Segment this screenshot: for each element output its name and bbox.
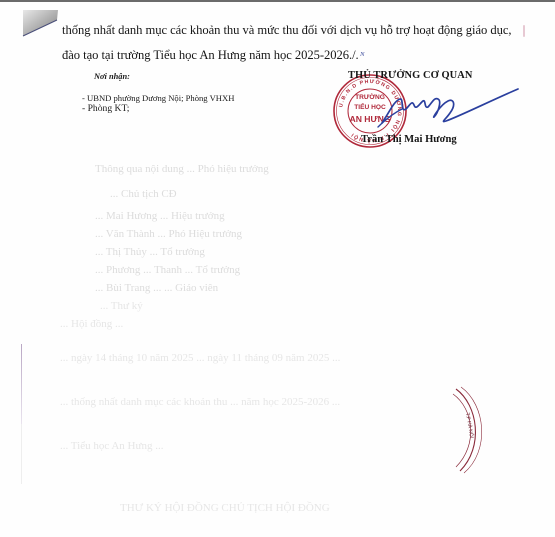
bleed-through-line: ... Phương ... Thanh ... Tổ trưởng [95, 264, 240, 276]
bleed-through-line: ... ngày 14 tháng 10 năm 2025 ... ngày 1… [60, 352, 340, 364]
scan-margin-line [21, 424, 22, 484]
bleed-through-line: ... Hội đồng ... [60, 318, 123, 330]
bleed-through-line: ... Chủ tịch CĐ [110, 188, 177, 200]
handwritten-signature-icon [360, 83, 525, 133]
bleed-through-line: ... Bùi Trang ... ... Giáo viên [95, 282, 218, 294]
bleed-through-line: ... Thư ký [100, 300, 143, 312]
page-fold-corner-icon [22, 8, 62, 38]
bleed-through-line: THƯ KÝ HỘI ĐỒNG CHỦ TỊCH HỘI ĐỒNG [120, 502, 330, 514]
bleed-through-line: ... Thị Thủy ... Tổ trưởng [95, 246, 205, 258]
recipients-label: Nơi nhận: [94, 72, 234, 81]
initials-mark: ᴺ [360, 50, 365, 62]
recipient-item: - Phòng KT; [82, 103, 234, 114]
body-line-2-text: đào tạo tại trường Tiểu học An Hưng năm … [62, 48, 359, 62]
recipient-item: - UBND phường Dương Nội; Phòng VHXH [82, 93, 234, 103]
bleed-through-line: ... Tiểu học An Hưng ... [60, 440, 163, 452]
signer-title: THỦ TRƯỞNG CƠ QUAN [348, 70, 472, 81]
bleed-through-line: ... thống nhất danh mục các khoản thu ..… [60, 396, 340, 408]
scan-margin-line [21, 344, 22, 424]
body-paragraph: thống nhất danh mục các khoản thu và mức… [62, 18, 527, 69]
partial-stamp-bleed-icon: T.P HÀ NỘI [452, 385, 492, 475]
scan-edge-mark [523, 25, 525, 37]
bleed-through-line: Thông qua nội dung ... Phó hiệu trưởng [95, 163, 269, 175]
body-line-1: thống nhất danh mục các khoản thu và mức… [62, 18, 527, 43]
scan-top-edge [0, 0, 555, 2]
bleed-through-line: ... Mai Hương ... Hiệu trưởng [95, 210, 225, 222]
body-line-2: đào tạo tại trường Tiểu học An Hưng năm … [62, 43, 527, 69]
document-page: thống nhất danh mục các khoản thu và mức… [0, 0, 555, 537]
recipients-block: Nơi nhận: - UBND phường Dương Nội; Phòng… [82, 72, 234, 114]
bleed-through-line: ... Văn Thành ... Phó Hiệu trưởng [95, 228, 242, 240]
signer-name: Trần Thị Mai Hương [361, 134, 457, 145]
